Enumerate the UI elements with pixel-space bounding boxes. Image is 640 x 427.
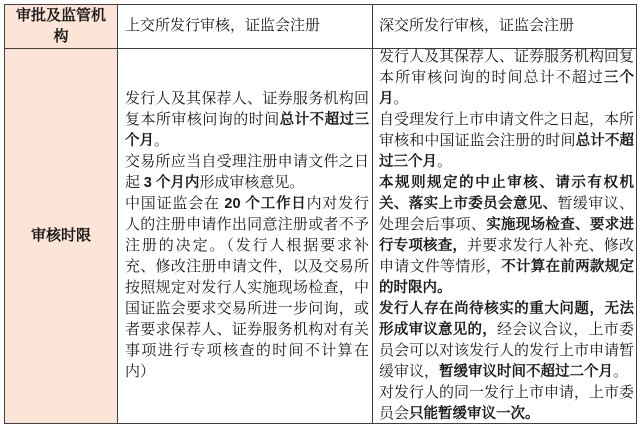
paragraph: 对发行人的同一发行上市申请，上市委员会只能暂缓审议一次。 [379, 383, 634, 425]
paragraph: 发行人及其保荐人、证券服务机构回复本所审核问询的时间总计不超过三个月。 [379, 47, 634, 110]
paragraph: 发行人存在尚待核实的重大问题，无法形成审议意见的，经会议合议，上市委员会可以对该… [379, 299, 634, 383]
body-cell-review-time-limit: 审核时限 [5, 49, 118, 423]
szse-rules-text: 发行人及其保荐人、证券服务机构回复本所审核问询的时间总计不超过三个月。自受理发行… [379, 47, 634, 425]
body-cell-sse-rules: 发行人及其保荐人、证券服务机构回复本所审核问询的时间总计不超过三个月。交易所应当… [118, 49, 373, 423]
table-body-row: 审核时限 发行人及其保荐人、证券服务机构回复本所审核问询的时间总计不超过三个月。… [5, 49, 636, 423]
paragraph: 本规则规定的中止审核、请示有权机关、落实上市委员会意见、暂缓审议、处理会后事项、… [379, 173, 634, 299]
sse-rules-text: 发行人及其保荐人、证券服务机构回复本所审核问询的时间总计不超过三个月。交易所应当… [125, 89, 369, 383]
header-cell-szse: 深交所发行审核，证监会注册 [373, 5, 636, 48]
header-cell-sse: 上交所发行审核，证监会注册 [118, 5, 373, 48]
paragraph: 发行人及其保荐人、证券服务机构回复本所审核问询的时间总计不超过三个月。 [125, 89, 369, 152]
body-cell-szse-rules: 发行人及其保荐人、证券服务机构回复本所审核问询的时间总计不超过三个月。自受理发行… [373, 49, 636, 423]
table-header-row: 审批及监管机构 上交所发行审核，证监会注册 深交所发行审核，证监会注册 [5, 5, 636, 49]
paragraph: 自受理发行上市申请文件之日起，本所审核和中国证监会注册的时间总计不超过三个月。 [379, 110, 634, 173]
sse-column-title: 上交所发行审核，证监会注册 [125, 16, 369, 37]
approval-authority-label: 审批及监管机构 [11, 6, 111, 48]
szse-column-title: 深交所发行审核，证监会注册 [379, 16, 634, 37]
review-time-limit-label: 审核时限 [11, 226, 111, 247]
paragraph: 交易所应当自受理注册申请文件之日起 3 个月内形成审核意见。 [125, 152, 369, 194]
header-cell-approval-authority: 审批及监管机构 [5, 5, 118, 48]
paragraph: 中国证监会在 20 个工作日内对发行人的注册申请作出同意注册或者不予注册的决定。… [125, 194, 369, 383]
review-rules-table: 审批及监管机构 上交所发行审核，证监会注册 深交所发行审核，证监会注册 审核时限… [4, 4, 637, 424]
